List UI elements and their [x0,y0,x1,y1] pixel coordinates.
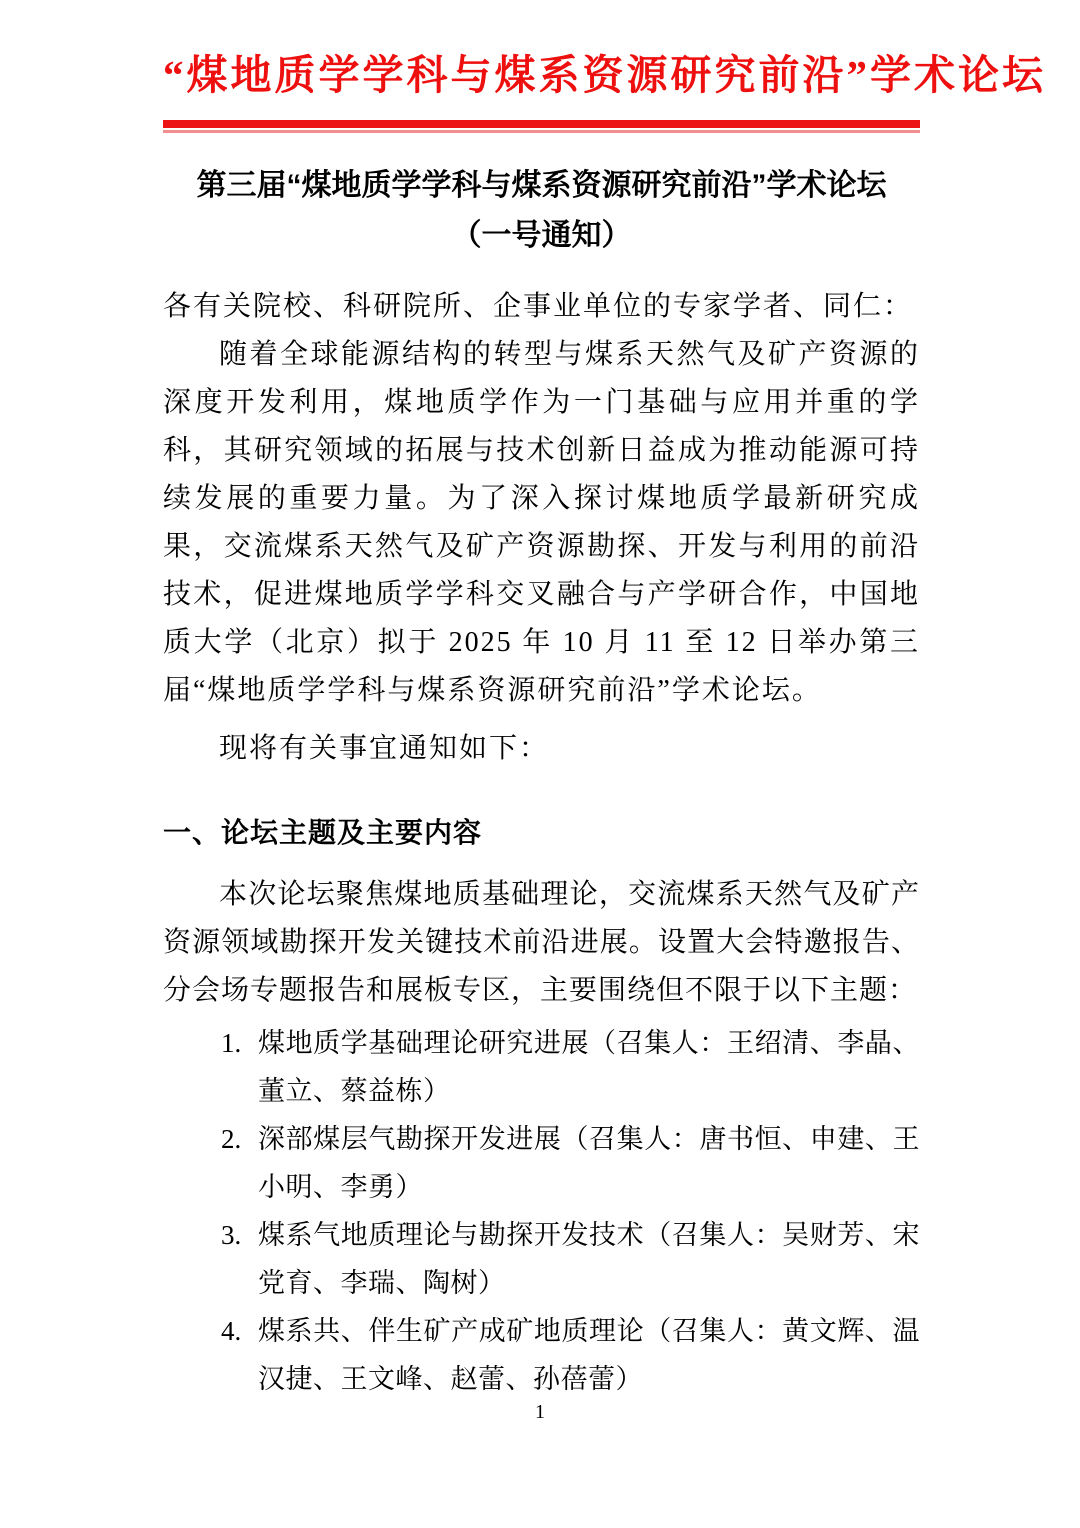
document-content: “煤地质学学科与煤系资源研究前沿”学术论坛 第三届“煤地质学学科与煤系资源研究前… [0,0,1080,1403]
topic-number: 4. [221,1307,241,1355]
section-intro-paragraph: 本次论坛聚焦煤地质基础理论，交流煤系天然气及矿产资源领域勘探开发关键技术前沿进展… [163,871,920,1015]
intro-paragraph: 随着全球能源结构的转型与煤系天然气及矿产资源的深度开发利用，煤地质学作为一门基础… [163,331,920,715]
page-number: 1 [0,1398,1080,1426]
topic-item: 1. 煤地质学基础理论研究进展（召集人：王绍清、李晶、董立、蔡益栋） [163,1019,920,1115]
notice-title: 第三届“煤地质学学科与煤系资源研究前沿”学术论坛 [163,161,920,211]
document-page: “煤地质学学科与煤系资源研究前沿”学术论坛 第三届“煤地质学学科与煤系资源研究前… [0,0,1080,1528]
topic-item: 2. 深部煤层气勘探开发进展（召集人：唐书恒、申建、王小明、李勇） [163,1115,920,1211]
banner-title: “煤地质学学科与煤系资源研究前沿”学术论坛 [163,46,920,104]
banner-rule [163,120,920,133]
banner-rule-thick-line [163,120,920,128]
banner-rule-thin-line [163,130,920,133]
topic-number: 3. [221,1211,241,1259]
topic-text: 深部煤层气勘探开发进展（召集人：唐书恒、申建、王小明、李勇） [258,1124,920,1202]
section-heading-forum-topics: 一、论坛主题及主要内容 [163,813,920,853]
topic-list: 1. 煤地质学基础理论研究进展（召集人：王绍清、李晶、董立、蔡益栋） 2. 深部… [163,1019,920,1403]
topic-text: 煤系气地质理论与勘探开发技术（召集人：吴财芳、宋党育、李瑞、陶树） [258,1220,920,1298]
notice-subtitle: （一号通知） [163,211,920,261]
topic-item: 4. 煤系共、伴生矿产成矿地质理论（召集人：黄文辉、温汉捷、王文峰、赵蕾、孙蓓蕾… [163,1307,920,1403]
salutation-line: 各有关院校、科研院所、企事业单位的专家学者、同仁： [163,283,920,331]
notice-title-block: 第三届“煤地质学学科与煤系资源研究前沿”学术论坛 （一号通知） [163,161,920,261]
topic-number: 2. [221,1115,241,1163]
topic-text: 煤系共、伴生矿产成矿地质理论（召集人：黄文辉、温汉捷、王文峰、赵蕾、孙蓓蕾） [258,1316,920,1394]
topic-text: 煤地质学基础理论研究进展（召集人：王绍清、李晶、董立、蔡益栋） [258,1028,920,1106]
topic-number: 1. [221,1019,241,1067]
topic-item: 3. 煤系气地质理论与勘探开发技术（召集人：吴财芳、宋党育、李瑞、陶树） [163,1211,920,1307]
follow-up-line: 现将有关事宜通知如下： [163,725,920,773]
notice-body: 各有关院校、科研院所、企事业单位的专家学者、同仁： 随着全球能源结构的转型与煤系… [163,283,920,773]
